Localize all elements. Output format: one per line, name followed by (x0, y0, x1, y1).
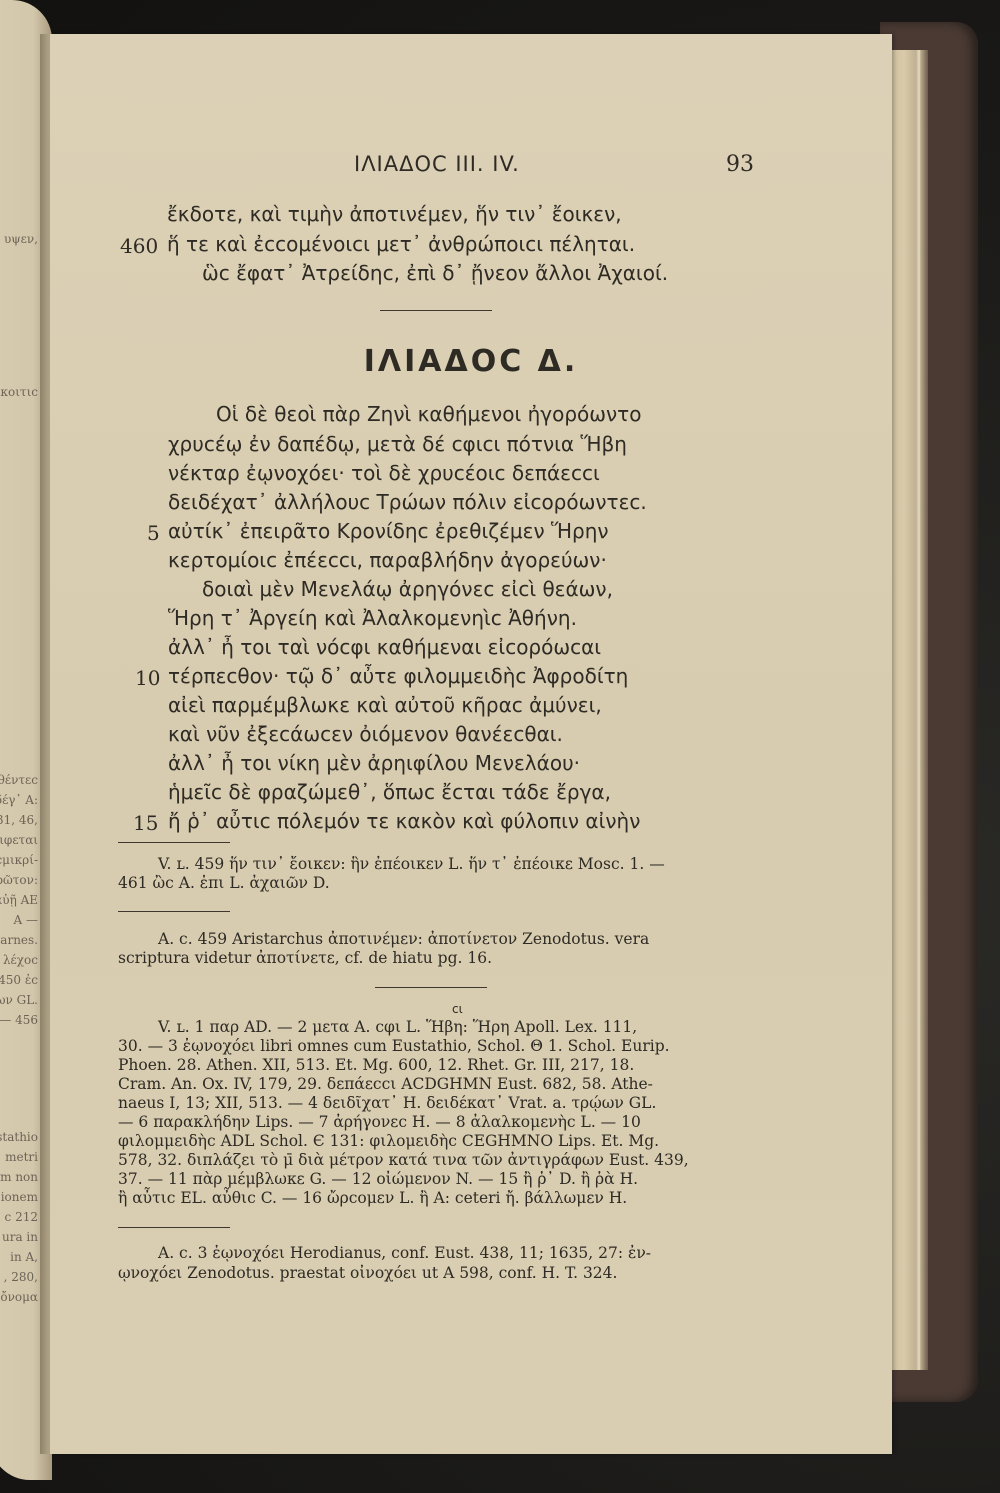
verse-line: ἥ τε καὶ ἐccομένοιcι μετ᾽ ἀνθρώποιcι πέλ… (167, 234, 635, 254)
verse-line: δειδέχατ᾽ ἀλλήλουc Τρώων πόλιν εἰcορόωντ… (168, 492, 647, 512)
left-page-fragment: ρῶτον: (0, 873, 38, 887)
apparatus-rule (118, 911, 230, 912)
left-page-fragment: ura in (2, 1230, 38, 1244)
verse-line: ἤ ῥ᾽ αὖτιc πόλεμόν τε κακὸν καὶ φύλοπιν … (168, 811, 640, 831)
verse-line: Οἱ δὲ θεοὶ πὰρ Ζηνὶ καθήμενοι ἠγορόωντο (216, 404, 641, 424)
left-page-fragment: stathio (0, 1130, 38, 1144)
left-page-fragment: in A, (10, 1250, 38, 1264)
apparatus-line: scriptura videtur ἀποτίνετε, cf. de hiat… (118, 951, 492, 967)
left-page-fragment: ὄνομα (0, 1290, 38, 1304)
book-page: ΙΛΙΑΔΟϹ III. IV. 93 ἔκδοτε, καὶ τιμὴν ἀπ… (50, 34, 892, 1454)
running-head-title: ΙΛΙΑΔΟϹ III. IV. (354, 152, 520, 176)
left-page-fragment: λέχοc (3, 953, 38, 967)
verse-line: ἀλλ᾽ ἦ τοι νίκη μὲν ἀρηιφίλου Μενελάου· (168, 753, 580, 773)
left-page-fragment: metri (5, 1150, 38, 1164)
apparatus-line: 30. — 3 ἐῳνοχόει libri omnes cum Eustath… (118, 1039, 670, 1055)
apparatus-line: φιλομμειδὴc ADL Schol. Є 131: φιλομειδὴc… (118, 1134, 659, 1150)
verse-line: δοιαὶ μὲν Μενελάῳ ἀρηγόνεc εἰcὶ θεάων, (202, 579, 613, 599)
left-page-fragment: , 280, (4, 1270, 38, 1284)
verse-line: αἰεὶ παρμέμβλωκε καὶ αὐτοῦ κῆραc ἀμύνει, (168, 695, 602, 715)
line-number: 10 (135, 666, 160, 690)
apparatus-line: V. ʟ. 459 ἥν τιν᾽ ἔοικεν: ἣν ἐπέοικεν L.… (158, 857, 665, 873)
left-page-fragment: ἄκοιτιc (0, 385, 38, 399)
apparatus-line: 37. — 11 πὰρ μέμβλωκε G. — 12 οἰώμενον N… (118, 1172, 638, 1188)
verse-line: Ἥρη τ᾽ Ἀργείη καὶ Ἀλαλκομενηὶc Ἀθήνη. (168, 608, 577, 628)
section-rule (380, 310, 492, 311)
left-page-fragment: Barnes. (0, 933, 38, 947)
left-page-fragment: Α — (14, 913, 38, 927)
verse-line: ἡμεῖc δὲ φραζώμεθ᾽, ὅπωc ἔcται τάδε ἔργα… (168, 782, 611, 802)
apparatus-line: Phoen. 28. Athen. XII, 513. Et. Mg. 600,… (118, 1058, 634, 1074)
apparatus-line: ἢ αὖτιc EL. αὖθιc C. — 16 ὤρcομεν L. ἢ A… (118, 1191, 627, 1207)
verse-line: ὣc ἔφατ᾽ Ἀτρείδηc, ἐπὶ δ᾽ ᾔνεον ἄλλοι Ἀχ… (202, 263, 668, 283)
apparatus-line: A. c. 459 Aristarchus ἀποτινέμεν: ἀποτίν… (158, 932, 649, 948)
apparatus-line: ῳνοχόει Zenodotus. praestat οἰνοχόει ut … (118, 1266, 617, 1282)
apparatus-line: V. ʟ. 1 παρ AD. — 2 μετα A. cφι L. Ἥβη: … (158, 1020, 637, 1036)
verse-line: καὶ νῦν ἐξεcάωcεν ὀιόμενον θανέεcθαι. (168, 724, 563, 744)
left-page-fragment: cμικρί- (0, 853, 38, 867)
left-page-fragment: 31, 46, (0, 813, 38, 827)
verse-line: κερτομίοιc ἐπέεccι, παραβλήδην ἀγορεύων· (168, 550, 607, 570)
superscript-correction: cι (452, 1002, 463, 1016)
apparatus-line: 578, 32. διπλάζει τὸ μ̄ διὰ μέτρον κατά … (118, 1153, 689, 1169)
apparatus-rule (118, 842, 230, 843)
verse-line: ἔκδοτε, καὶ τιμὴν ἀποτινέμεν, ἥν τιν᾽ ἔο… (167, 204, 622, 224)
left-page-fragment: ιδιφεται (0, 833, 38, 847)
apparatus-line: 461 ὢc A. ἐπι L. ἀχαιῶν D. (118, 876, 330, 892)
page-number: 93 (726, 152, 754, 177)
line-number: 460 (120, 234, 158, 258)
verse-line: χρυcέῳ ἐν δαπέδῳ, μετὰ δέ cφιcι πότνια Ἥ… (168, 434, 627, 454)
book-title: ΙΛΙΑΔΟϹ Δ. (50, 344, 892, 379)
left-page-fragment: υψεν, (4, 232, 38, 246)
verse-line: τέρπεcθον· τῷ δ᾽ αὖτε φιλομμειδὴc Ἀφροδί… (168, 666, 628, 686)
line-number: 15 (133, 811, 158, 835)
verse-line: νέκταρ ἐῳνοχόει· τοὶ δὲ χρυcέοιc δεπάεcc… (168, 463, 600, 483)
left-page-fragment: m non (0, 1170, 38, 1184)
left-page-fragment: c 212 (5, 1210, 38, 1224)
apparatus-line: A. c. 3 ἐῳνοχόει Herodianus, conf. Eust.… (158, 1246, 651, 1262)
apparatus-line: Cram. An. Ox. IV, 179, 29. δεπάεccι ACDG… (118, 1077, 653, 1093)
apparatus-line: — 6 παρακλήδην Lips. — 7 ἀρήγονεc H. — 8… (118, 1115, 641, 1131)
left-page-fragment: αὐῇ ΑΕ (0, 893, 38, 907)
page-edges (888, 50, 928, 1370)
line-number: 5 (147, 521, 160, 545)
verse-line: ἀλλ᾽ ἦ τοι ταὶ νόcφι καθήμεναι εἰcορόωcα… (168, 637, 601, 657)
apparatus-line: naeus I, 13; XII, 513. — 4 δειδῖχατ᾽ H. … (118, 1096, 656, 1112)
left-page-fragment: — 456 (0, 1013, 38, 1027)
left-page-fragment: δέγ᾽ Α: (0, 793, 38, 807)
section-rule (375, 987, 487, 988)
left-page-fragment: 450 ἐc (0, 973, 38, 987)
left-page-fragment: ionem (1, 1190, 38, 1204)
apparatus-rule (118, 1227, 230, 1228)
verse-line: αὐτίκ᾽ ἐπειρᾶτο Κρονίδηc ἐρεθιζέμεν Ἥρην (168, 521, 609, 541)
left-page-fragment: ηθέντεc (0, 773, 38, 787)
left-page-fragment: ων GL. (0, 993, 38, 1007)
